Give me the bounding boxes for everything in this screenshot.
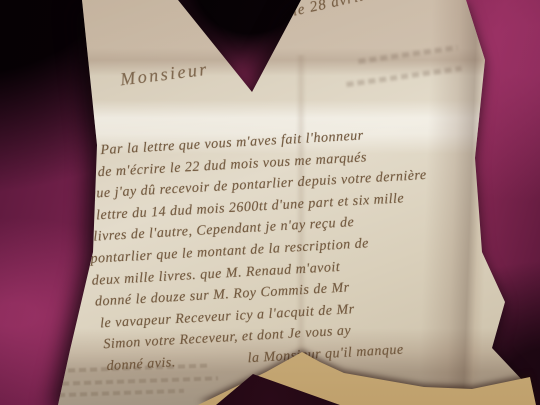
bottom-fold-flap-surface bbox=[0, 0, 540, 405]
bottom-fold-flap bbox=[0, 0, 540, 405]
photograph: Dole le 28 avril 1769 Monsieur Par la le… bbox=[0, 0, 540, 405]
